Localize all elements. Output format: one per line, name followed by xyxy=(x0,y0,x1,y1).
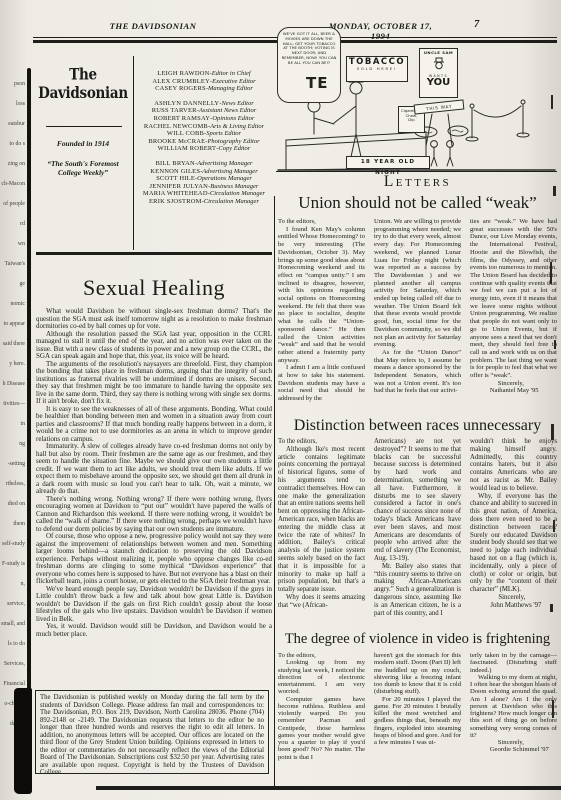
bottom-edge-rule xyxy=(96,786,561,790)
letter-union-body: To the editors,I found Ken May's column … xyxy=(278,218,557,417)
newspaper-page-scan: { "header": { "paper": "THE DAVIDSONIAN"… xyxy=(0,0,561,800)
staff-row: CASEY ROGERS-Managing Editor xyxy=(137,85,271,93)
staff-row: ERIK SJOSTROM-Circulation Manager xyxy=(137,198,271,206)
masthead-founded: Founded in 1914 xyxy=(36,139,130,148)
list-item: to do s xyxy=(0,140,25,148)
uncle-sam-poster-title: UNCLE SAM xyxy=(420,49,457,55)
list-item: in xyxy=(0,420,25,428)
list-item: Financial xyxy=(0,680,25,688)
letter-races-col1: To the editors,Although Ike's most recen… xyxy=(278,438,365,630)
staff-row: JENNIFER JULYAN-Business Manager xyxy=(137,183,271,191)
list-item: To the editors, xyxy=(278,218,365,226)
list-item: wn xyxy=(0,240,25,248)
masthead-logo-rule xyxy=(46,126,122,127)
list-item: Immaturity. A slew of colleges already h… xyxy=(36,443,272,496)
list-item: To the editors, xyxy=(278,652,365,659)
list-item: self-study xyxy=(0,540,25,548)
list-item: Although the resolution passed the SGA l… xyxy=(36,331,272,361)
colophon-box: The Davidsonian is published weekly on M… xyxy=(35,690,269,774)
list-item: There's nothing wrong. Nothing wrong? If… xyxy=(36,496,272,534)
list-item: tivities— xyxy=(0,400,25,408)
list-item: n, xyxy=(0,580,25,588)
staff-row: RUSS TARVER-Assistant News Editor xyxy=(137,107,271,115)
uncle-sam-poster: UNCLE SAM WANTS YOU xyxy=(419,48,458,98)
comic-panel: WE'VE GOT IT ALL, BEER & MOVIES ARE DOWN… xyxy=(276,26,557,172)
masthead-bottom-rule xyxy=(36,252,272,255)
list-item: loss xyxy=(0,100,25,108)
list-item: What would Davidson be without single-se… xyxy=(36,308,272,331)
list-item: ties are “weak.” We have had great succe… xyxy=(470,218,557,380)
list-item: of people xyxy=(0,200,25,208)
list-item: F-study is xyxy=(0,560,25,568)
staff-list: LEIGH RAWDON-Editor in ChiefALEX CRUMBLE… xyxy=(137,70,271,213)
staff-row: BILL BRYAN-Advertising Manager xyxy=(137,160,271,168)
list-item: wouldn't think he enjoys making himself … xyxy=(470,438,557,493)
tobacco-sign: TOBACCO SOLD HERE! xyxy=(346,56,408,82)
letter-video-col1: To the editors,Looking up from my studyi… xyxy=(278,652,365,785)
letter-races-col3: wouldn't think he enjoys making himself … xyxy=(470,438,557,630)
letter-video-col3: terly taken in by the carnage—fascinated… xyxy=(470,652,557,785)
letter-union-col1: To the editors,I found Ken May's column … xyxy=(278,218,365,417)
list-item: Looking up from my studying last week, I… xyxy=(278,659,365,695)
age-banner: 18 YEAR OLD NIGHT xyxy=(346,156,430,169)
staff-row: ALEX CRUMBLEY-Executive Editor xyxy=(137,78,271,86)
masthead-divider xyxy=(133,56,134,250)
list-item: We've heard enough people say, Davidson … xyxy=(36,586,272,624)
list-item: Of course, those who oppose a new, progr… xyxy=(36,533,272,586)
list-item: died on xyxy=(0,500,25,508)
list-item: Services, xyxy=(0,660,25,668)
masthead-motto: “The South's Foremost College Weekly” xyxy=(36,159,130,177)
masthead-logo: The Davidsonian xyxy=(36,66,130,103)
letter-races-body: To the editors,Although Ike's most recen… xyxy=(278,438,557,630)
staff-row: SCOTT HILE-Operations Manager xyxy=(137,175,271,183)
letter-video-col2: haven't got the stomach for this modern … xyxy=(374,652,461,785)
letters-section-header: Letters xyxy=(278,173,557,191)
list-item: them xyxy=(0,520,25,528)
list-item: I admit I am a little confused at how to… xyxy=(278,364,365,403)
staff-row: WILLIAM ROBERT-Copy Editor xyxy=(137,145,271,153)
list-item: ge xyxy=(0,280,25,288)
letter-races-title: Distinction between races unnecessary xyxy=(278,417,557,435)
list-item: Taiwan's xyxy=(0,260,25,268)
list-item: service, xyxy=(0,600,25,608)
list-item: It is easy to see the weaknesses of all … xyxy=(36,406,272,444)
staff-row: WILL COBB-Sports Editor xyxy=(137,130,271,138)
list-item: Yes, it would. Davidson would still be D… xyxy=(36,623,272,638)
letter-video-title: The degree of violence in video is frigh… xyxy=(278,631,557,648)
list-item: Union. We are willing to provide program… xyxy=(374,218,461,349)
staff-row: RACHEL NEWCOMB-Arts & Living Editor xyxy=(137,123,271,131)
list-item: As for the “Union Dance” that May refers… xyxy=(374,349,461,395)
torn-page-edge-bar xyxy=(27,68,31,696)
list-item: -setting xyxy=(0,460,25,468)
list-item: terly taken in by the carnage—fascinated… xyxy=(470,652,557,674)
list-item: pson xyxy=(0,80,25,88)
letter-union-title: Union should not be called “weak” xyxy=(278,193,557,213)
list-item: small, and xyxy=(0,620,25,628)
list-item: to appear xyxy=(0,320,25,328)
list-item: nomic xyxy=(0,300,25,308)
list-item: Sincerely, John Matthews '97 xyxy=(470,594,557,610)
list-item: Why, if everyone has the chance and abil… xyxy=(470,493,557,594)
list-item: Americans) are not yet destroyed”? It se… xyxy=(374,438,461,563)
list-item: haven't got the stomach for this modern … xyxy=(374,652,461,696)
vote-sign: TE xyxy=(306,74,328,92)
tobacco-sign-title: TOBACCO xyxy=(347,57,407,67)
staff-row: MARIA WHITEHEAD-Circulation Manager xyxy=(137,190,271,198)
list-item: Sincerely, Geordie Schimmel '97 xyxy=(470,739,557,754)
letters-top-rule xyxy=(276,171,557,172)
uncle-sam-face-icon xyxy=(432,57,446,70)
list-item: To the editors, xyxy=(278,438,365,446)
list-item: zing on xyxy=(0,160,25,168)
list-item: Mr. Bailey also states that “this countr… xyxy=(374,563,461,618)
list-item: ng xyxy=(0,440,25,448)
staff-row: KENNON GILES-Advertising Manager xyxy=(137,168,271,176)
staff-row: LEIGH RAWDON-Editor in Chief xyxy=(137,70,271,78)
letter-races-col2: Americans) are not yet destroyed”? It se… xyxy=(374,438,461,630)
editorial-title: Sexual Healing xyxy=(36,275,272,301)
list-item: Walking to my dorm at night, I often hea… xyxy=(470,674,557,739)
staff-row: ROBERT RAMSAY-Opinions Editor xyxy=(137,115,271,123)
list-item: eatsbur xyxy=(0,120,25,128)
list-item: The arguments of the resolution's naysay… xyxy=(36,361,272,406)
list-item: rtheless, xyxy=(0,480,25,488)
list-item: Sincerely, Nathaniel May '95 xyxy=(470,380,557,395)
staff-row: ASHLYN DANNELLY-News Editor xyxy=(137,100,271,108)
list-item: ch-Macon xyxy=(0,180,25,188)
list-item: I found Ken May's column entitled Whose … xyxy=(278,226,365,365)
letter-union-col2: Union. We are willing to provide program… xyxy=(374,218,461,417)
list-item: Computer games have become ruthless. Rut… xyxy=(278,696,365,761)
column-divider xyxy=(274,196,275,786)
letter-video-body: To the editors,Looking up from my studyi… xyxy=(278,652,557,785)
header-paper-name: THE DAVIDSONIAN xyxy=(98,21,208,31)
list-item: ls to do xyxy=(0,640,25,648)
list-item: said there xyxy=(0,340,25,348)
letter-union-col3: ties are “weak.” We have had great succe… xyxy=(470,218,557,417)
list-item: For 20 minutes I played the game. For 20… xyxy=(374,696,461,747)
list-item: y here. xyxy=(0,360,25,368)
list-item: rd xyxy=(0,220,25,228)
torn-page-edge-blob xyxy=(14,688,32,794)
editorial-body: What would Davidson be without single-se… xyxy=(36,308,272,642)
left-edge-strip: psonlosseatsburto do szing onch-Maconof … xyxy=(0,80,25,770)
staff-row: BROOKE McCRAE-Photography Editor xyxy=(137,138,271,146)
list-item: Although Ike's most recent article conta… xyxy=(278,446,365,594)
uncle-sam-poster-you: YOU xyxy=(420,78,457,88)
tobacco-sign-sub: SOLD HERE! xyxy=(347,67,407,71)
list-item: Why does it seems amazing that “we (Afri… xyxy=(278,594,365,610)
list-item: h Disease xyxy=(0,380,25,388)
